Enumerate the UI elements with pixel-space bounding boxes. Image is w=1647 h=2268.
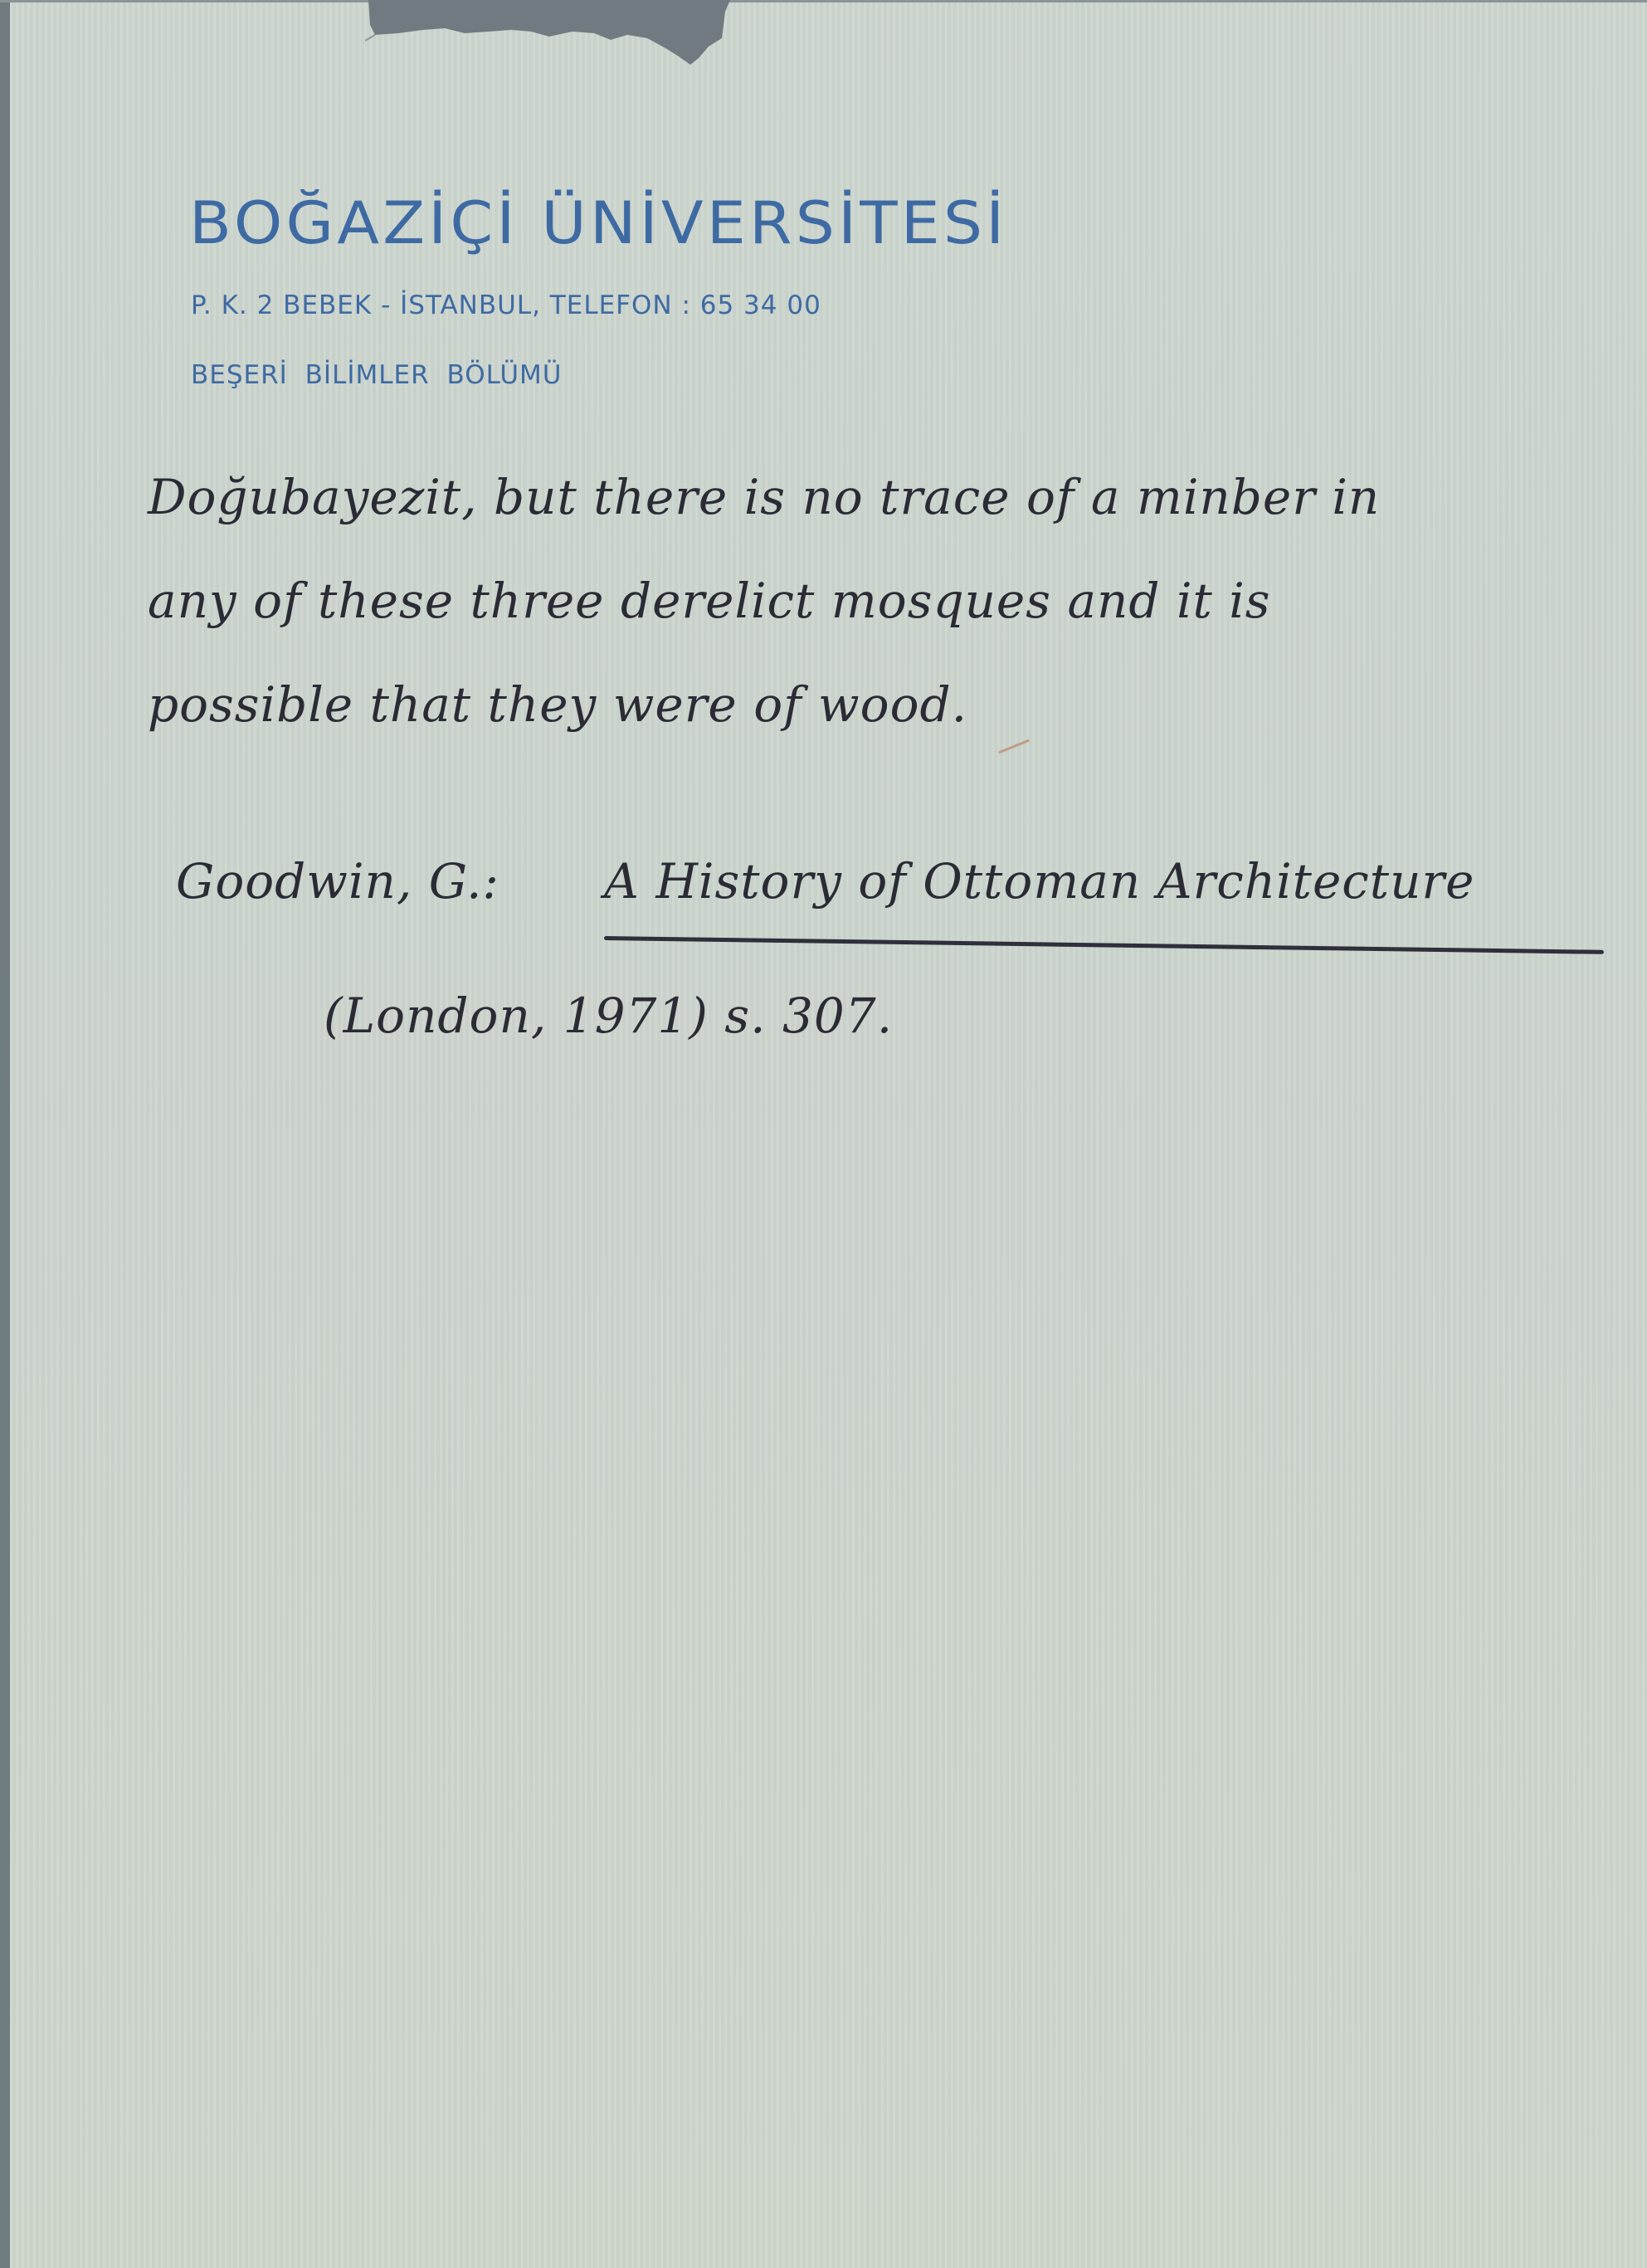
institution-address: P. K. 2 BEBEK - İSTANBUL, TELEFON : 65 3… <box>191 290 821 320</box>
page-top-edge <box>0 0 1647 2</box>
page-left-edge-shadow <box>0 0 10 2268</box>
institution-name: BOĞAZİÇİ ÜNİVERSİTESİ <box>189 189 1007 257</box>
paper-sheet <box>10 0 1647 2268</box>
department-name: BEŞERİ BİLİMLER BÖLÜMÜ <box>191 360 562 390</box>
body-line: any of these three derelict mosques and … <box>148 573 1271 629</box>
citation-publication: (London, 1971) s. 307. <box>324 988 893 1044</box>
torn-corner-shadow <box>365 0 730 66</box>
citation-title: A History of Ottoman Architecture <box>604 853 1474 910</box>
citation-author: Goodwin, G.: <box>176 853 499 910</box>
body-line: possible that they were of wood. <box>148 676 967 733</box>
body-line: Doğubayezit, but there is no trace of a … <box>148 469 1380 525</box>
